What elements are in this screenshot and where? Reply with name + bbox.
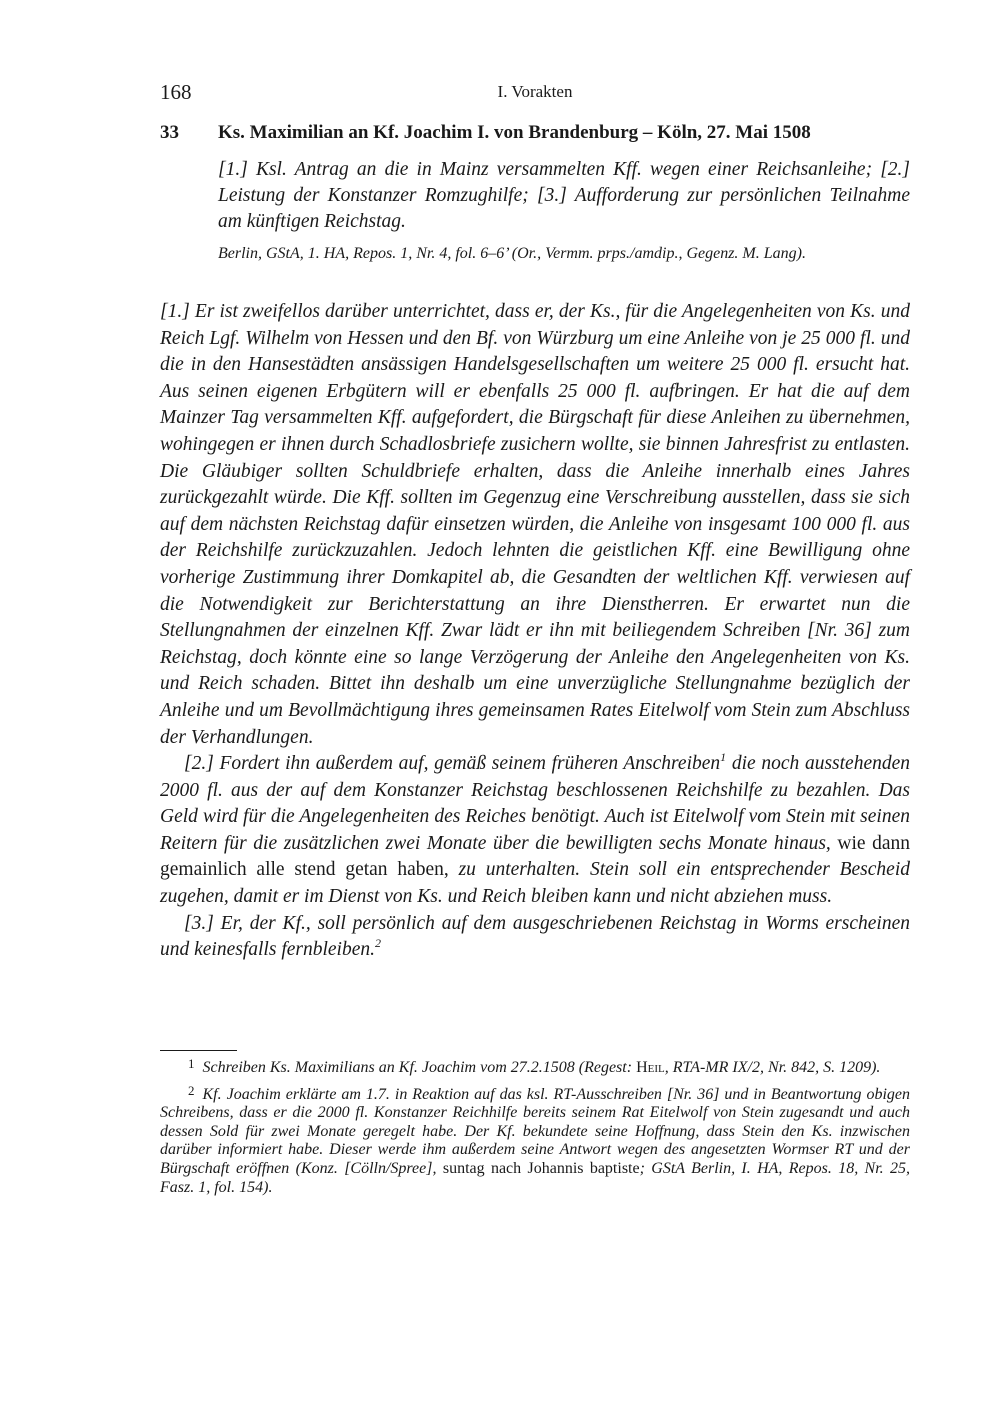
footnote-ref-2[interactable]: 2 [375, 936, 381, 950]
body-text: [1.] Er ist zweifellos darüber unterrich… [160, 299, 910, 964]
paragraph-2: [2.] Fordert ihn außerdem auf, gemäß sei… [160, 751, 910, 911]
footnote-mark-1: 1 [188, 1056, 195, 1071]
paragraph-3: [3.] Er, der Kf., soll persönlich auf de… [160, 911, 910, 964]
document-number: 33 [160, 122, 179, 144]
document-regest: [1.] Ksl. Antrag an die in Mainz versamm… [218, 157, 910, 235]
running-title: I. Vorakten [160, 82, 910, 102]
footnote-1-author: Heil [636, 1059, 665, 1076]
footnote-divider [160, 1050, 237, 1051]
running-head: 168 I. Vorakten [160, 80, 910, 104]
paragraph-2-text-a: [2.] Fordert ihn außerdem auf, gemäß sei… [184, 753, 720, 774]
footnote-1-text-b: , RTA-MR IX/2, Nr. 842, S. 1209). [665, 1059, 881, 1076]
document-source: Berlin, GStA, 1. HA, Repos. 1, Nr. 4, fo… [218, 243, 910, 264]
footnotes: 1Schreiben Ks. Maximilians an Kf. Joachi… [160, 1055, 910, 1201]
document-title: Ks. Maximilian an Kf. Joachim I. von Bra… [218, 122, 811, 144]
footnote-2: 2Kf. Joachim erklärte am 1.7. in Reaktio… [160, 1082, 910, 1198]
footnote-2-quotation: suntag nach Johannis baptiste [437, 1160, 640, 1177]
paragraph-3-text: [3.] Er, der Kf., soll persönlich auf de… [160, 913, 910, 961]
footnote-1: 1Schreiben Ks. Maximilians an Kf. Joachi… [160, 1055, 910, 1078]
footnote-mark-2: 2 [188, 1083, 195, 1098]
paragraph-1: [1.] Er ist zweifellos darüber unterrich… [160, 299, 910, 751]
footnote-1-text-a: Schreiben Ks. Maximilians an Kf. Joachim… [203, 1059, 637, 1076]
